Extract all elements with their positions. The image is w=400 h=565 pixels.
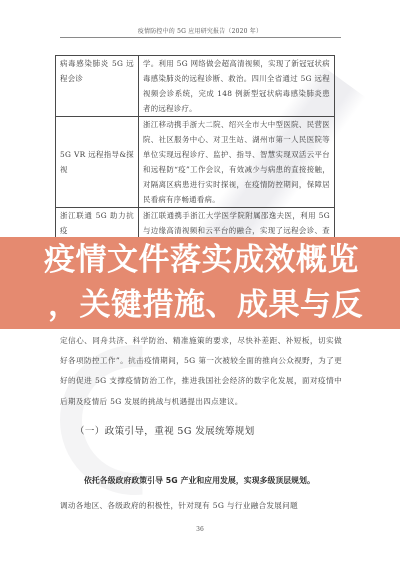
lead-sentence: 依托各级政府政策引导 5G 产业和应用发展，实现多级顶层规划。 — [84, 475, 346, 486]
document-page: 疫情防控中的 5G 应用研究报告（2020 年） 病毒感染肺炎 5G 远程会诊 … — [0, 0, 400, 565]
banner-title-line-2: ，关键措施、成果与反 — [48, 283, 364, 328]
case-table: 病毒感染肺炎 5G 远程会诊 学。利用 5G 网络做会超高清视频，实现了新冠冠状… — [55, 55, 335, 254]
case-name: 浙江联通 5G 助力抗疫 — [60, 208, 134, 238]
banner-title-line-1: 疫情文件落实成效概览 — [44, 237, 364, 283]
body-paragraph: 定信心、同舟共济、科学防治、精准施策的要求，尽快补差距、补短板，切实做好各项防控… — [60, 331, 342, 412]
table-cell-case-name: 5G VR 远程指导&探视 — [56, 117, 139, 208]
table-row: 病毒感染肺炎 5G 远程会诊 学。利用 5G 网络做会超高清视频，实现了新冠冠状… — [56, 56, 335, 117]
banner-title: 疫情文件落实成效概览 ，关键措施、成果与反 — [44, 237, 364, 328]
section-heading: （一）政策引导，重视 5G 发展统筹规划 — [75, 423, 255, 437]
case-description: 学。利用 5G 网络做会超高清视频，实现了新冠冠状病毒感染肺炎的远程诊断、救治。… — [143, 56, 330, 116]
running-header: 疫情防控中的 5G 应用研究报告（2020 年） — [60, 26, 340, 35]
table-cell-description: 学。利用 5G 网络做会超高清视频，实现了新冠冠状病毒感染肺炎的远程诊断、救治。… — [139, 56, 335, 117]
case-description: 浙江移动携手浙大二院、绍兴全市大中型医院、民营医院、社区服务中心、对卫生站、湖州… — [143, 117, 330, 207]
header-rule — [60, 37, 341, 38]
case-name: 病毒感染肺炎 5G 远程会诊 — [60, 56, 134, 86]
case-name: 5G VR 远程指导&探视 — [60, 147, 134, 177]
following-line: 调动各地区、各级政府的积极性，针对现有 5G 与行业融合发展问题 — [60, 496, 342, 516]
table-cell-description: 浙江移动携手浙大二院、绍兴全市大中型医院、民营医院、社区服务中心、对卫生站、湖州… — [139, 117, 335, 208]
table-row: 5G VR 远程指导&探视 浙江移动携手浙大二院、绍兴全市大中型医院、民营医院、… — [56, 117, 335, 208]
title-banner: 疫情文件落实成效概览 ，关键措施、成果与反 — [0, 237, 400, 329]
page-number: 36 — [190, 526, 210, 533]
table-cell-case-name: 病毒感染肺炎 5G 远程会诊 — [56, 56, 139, 117]
